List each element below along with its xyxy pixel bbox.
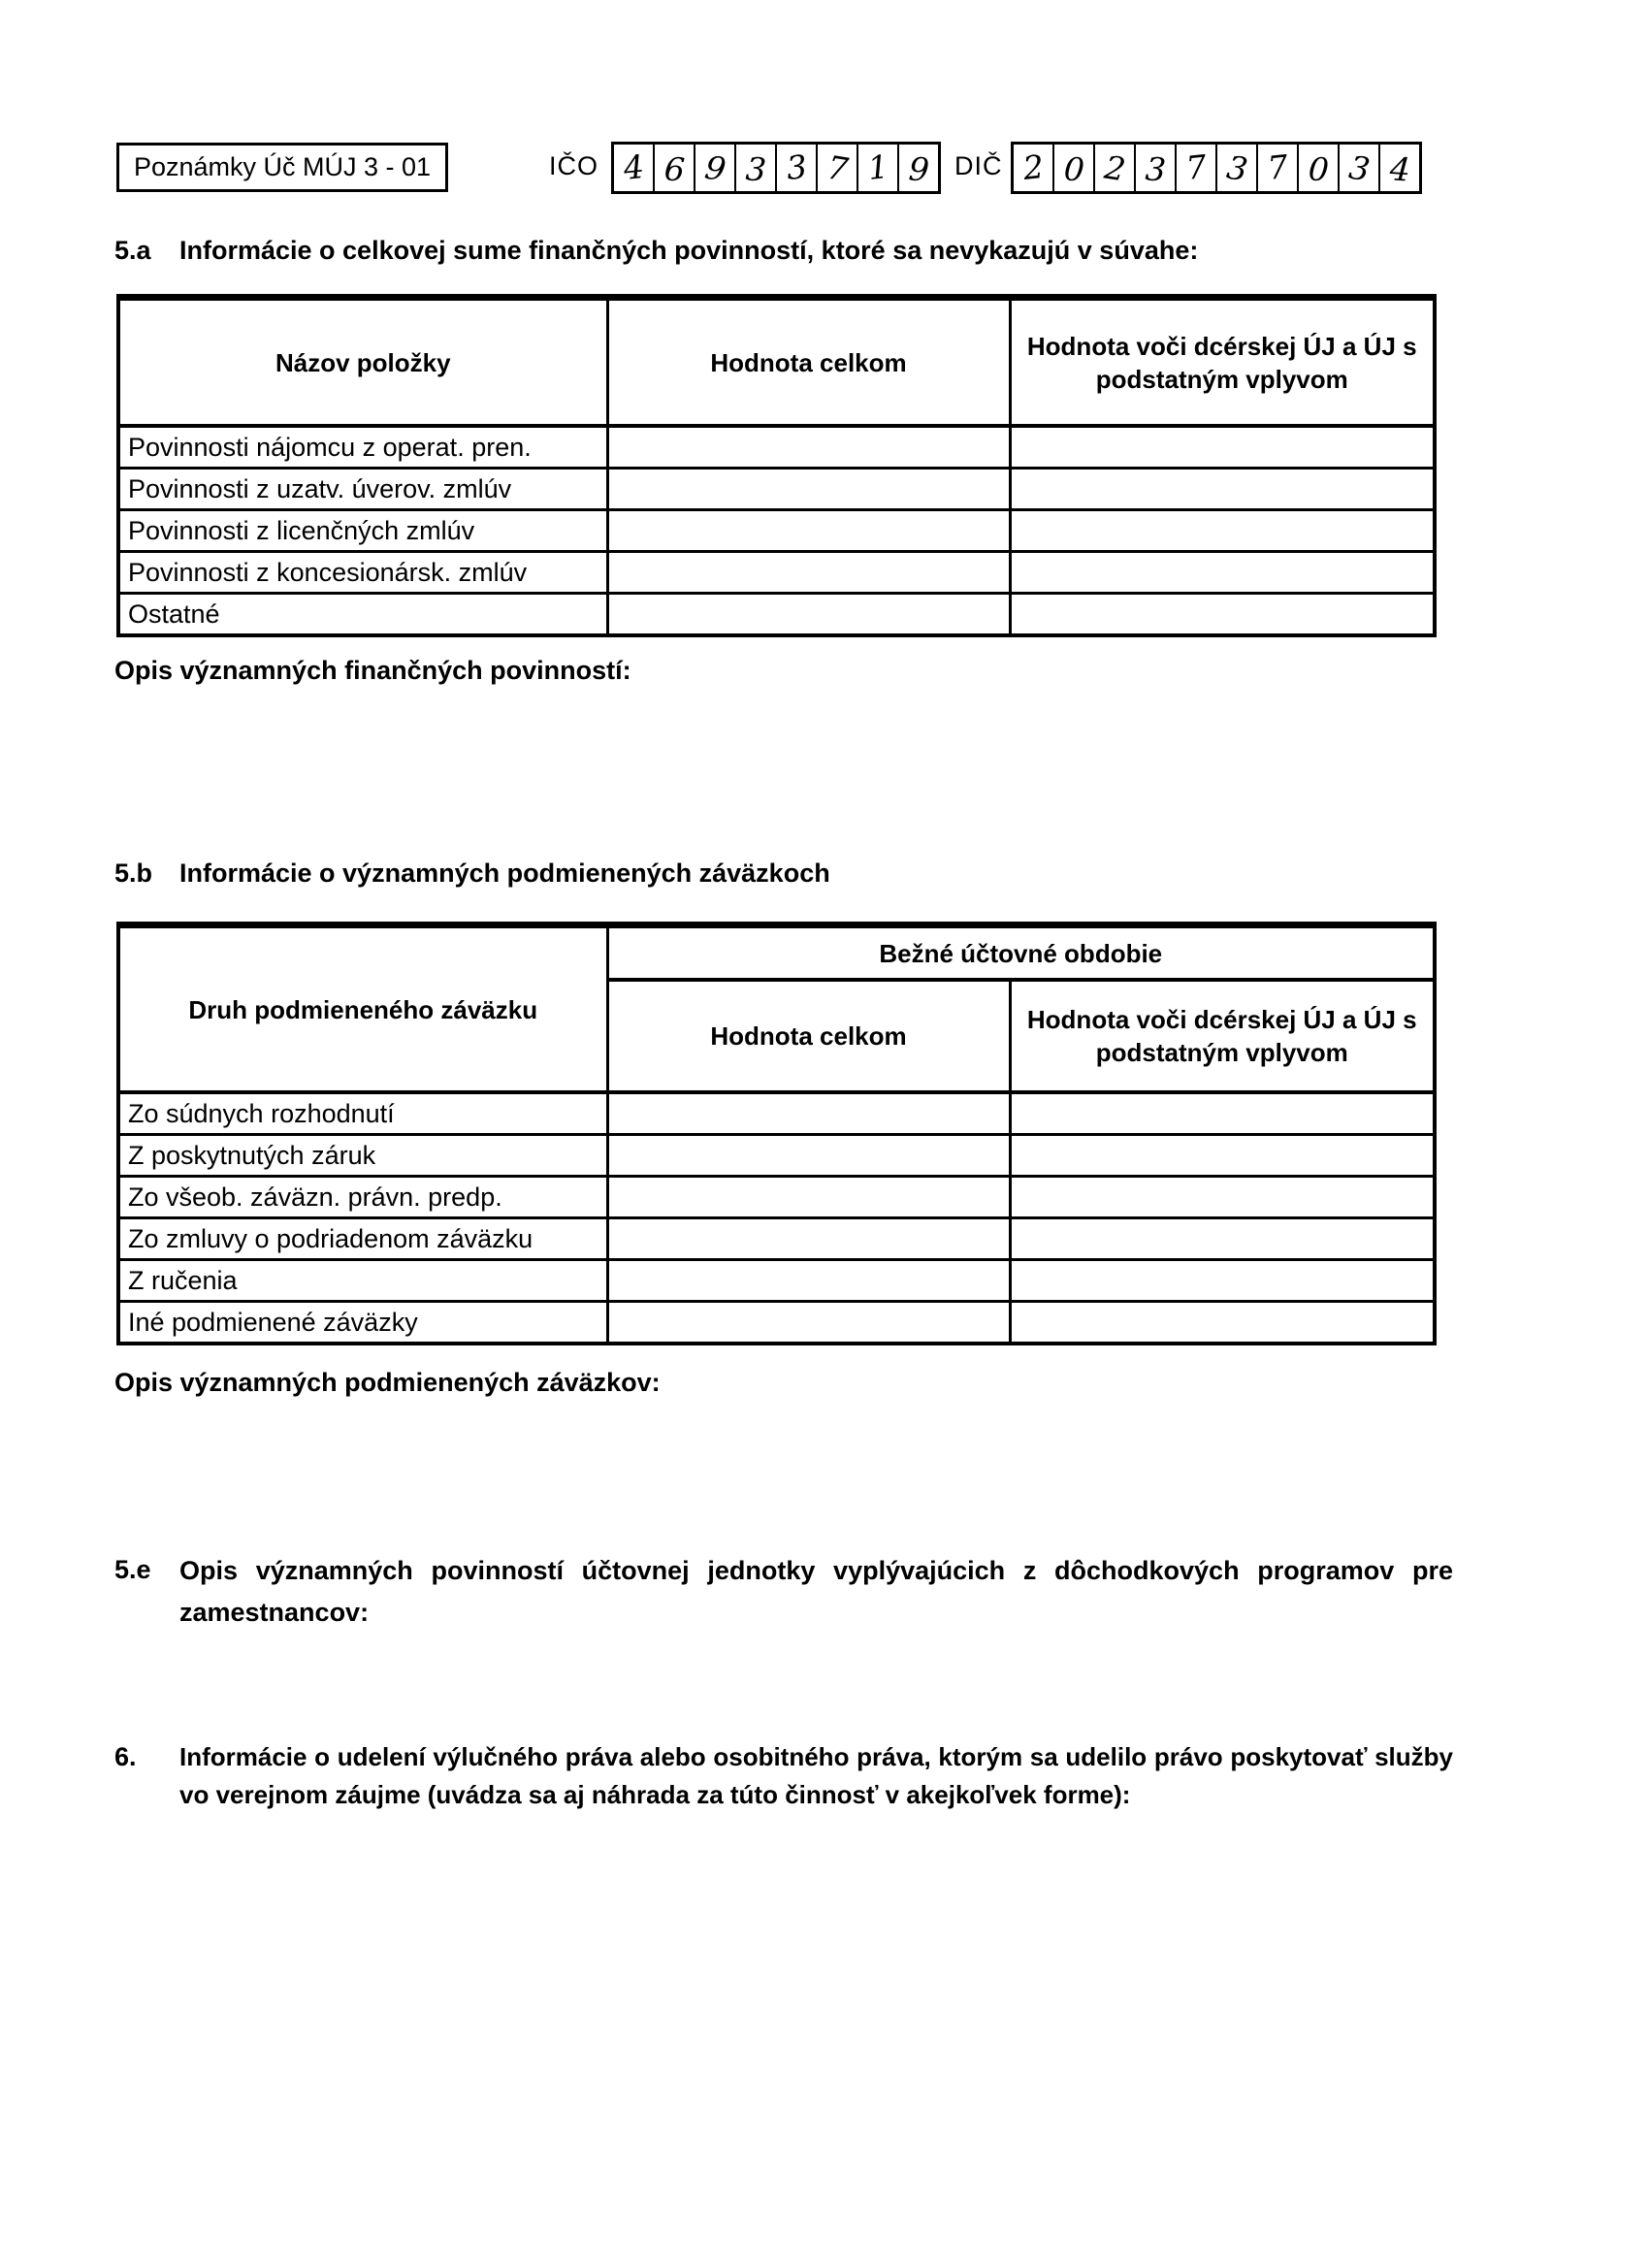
ico-digit-cell: 4 [614, 145, 655, 191]
section-5e-number: 5.e [114, 1550, 179, 1589]
table-row: Ostatné [118, 594, 1435, 636]
total-value-cell [607, 1135, 1010, 1177]
dic-digit-cell: 7 [1177, 145, 1217, 191]
dic-digit-cell: 7 [1258, 145, 1299, 191]
dic-digit-cell: 3 [1217, 145, 1258, 191]
contingent-liabilities-table: Druh podmieneného záväzku Bežné účtovné … [116, 922, 1437, 1345]
table-row: Zo súdnych rozhodnutí [118, 1092, 1435, 1135]
ico-digit: 9 [702, 150, 727, 185]
total-value-cell [607, 1302, 1010, 1345]
dic-digit: 3 [1144, 152, 1166, 185]
subsidiary-value-cell [1010, 1218, 1435, 1260]
subsidiary-value-cell [1010, 1260, 1435, 1302]
total-value-cell [607, 510, 1010, 552]
table-row: Z poskytnutých záruk [118, 1135, 1435, 1177]
table-row: Povinnosti nájomcu z operat. pren. [118, 426, 1435, 469]
financial-obligations-description-label: Opis významných finančných povinností: [114, 656, 631, 686]
total-value-cell [607, 469, 1010, 510]
dic-digit-cell: 3 [1340, 145, 1380, 191]
subsidiary-value-cell [1010, 1092, 1435, 1135]
col-header-total-value: Hodnota celkom [607, 980, 1010, 1092]
ico-digit: 6 [663, 152, 685, 185]
table-row: Zo všeob. záväzn. právn. predp. [118, 1177, 1435, 1218]
table-header-row: Názov položky Hodnota celkom Hodnota voč… [118, 298, 1435, 427]
form-code-box: Poznámky Úč MÚJ 3 - 01 [116, 143, 448, 192]
row-label: Zo všeob. záväzn. právn. predp. [118, 1177, 607, 1218]
financial-obligations-table: Názov položky Hodnota celkom Hodnota voč… [116, 294, 1437, 637]
subsidiary-value-cell [1010, 1177, 1435, 1218]
col-header-liability-type: Druh podmieneného záväzku [118, 925, 607, 1093]
row-label: Z poskytnutých záruk [118, 1135, 607, 1177]
table-row: Povinnosti z koncesionársk. zmlúv [118, 552, 1435, 594]
row-label: Povinnosti nájomcu z operat. pren. [118, 426, 607, 469]
section-6-heading: 6. Informácie o udelení výlučného práva … [114, 1738, 1453, 1814]
ico-digit: 4 [622, 149, 645, 183]
dic-digit: 2 [1021, 149, 1045, 183]
col-header-current-period: Bežné účtovné obdobie [607, 925, 1435, 981]
subsidiary-value-cell [1010, 1135, 1435, 1177]
section-5a-heading: 5.a Informácie o celkovej sume finančnýc… [114, 231, 1453, 270]
row-label: Iné podmienené záväzky [118, 1302, 607, 1345]
subsidiary-value-cell [1010, 594, 1435, 636]
dic-digit: 4 [1388, 152, 1410, 185]
ico-digit-cell: 6 [655, 145, 695, 191]
subsidiary-value-cell [1010, 469, 1435, 510]
dic-label: DIČ [954, 151, 1003, 181]
ico-digit-cell: 9 [899, 145, 938, 191]
ico-digit-cell: 3 [777, 145, 818, 191]
ico-digit: 9 [907, 152, 929, 185]
section-5e-heading: 5.e Opis významných povinností účtovnej … [114, 1550, 1453, 1634]
section-5a-title: Informácie o celkovej sume finančných po… [179, 231, 1453, 270]
form-code-label: Poznámky Úč MÚJ 3 - 01 [134, 152, 431, 182]
row-label: Povinnosti z licenčných zmlúv [118, 510, 607, 552]
ico-digit: 7 [824, 150, 850, 185]
ico-digit-cell: 3 [736, 145, 777, 191]
ico-digit-cell: 9 [695, 145, 736, 191]
dic-digit-cell: 0 [1054, 145, 1095, 191]
table-row: Povinnosti z uzatv. úverov. zmlúv [118, 469, 1435, 510]
dic-digit-cell: 0 [1299, 145, 1340, 191]
table-row: Z ručenia [118, 1260, 1435, 1302]
row-label: Ostatné [118, 594, 607, 636]
subsidiary-value-cell [1010, 552, 1435, 594]
dic-digit-cell: 3 [1136, 145, 1177, 191]
total-value-cell [607, 594, 1010, 636]
ico-digit: 3 [785, 149, 808, 183]
section-6-number: 6. [114, 1738, 179, 1776]
ico-digit-cell: 7 [818, 145, 858, 191]
ico-digit: 3 [744, 152, 766, 185]
col-header-subsidiary-value: Hodnota voči dcérskej ÚJ a ÚJ s podstatn… [1010, 298, 1435, 427]
table-header-row: Druh podmieneného záväzku Bežné účtovné … [118, 925, 1435, 981]
subsidiary-value-cell [1010, 1302, 1435, 1345]
row-label: Zo súdnych rozhodnutí [118, 1092, 607, 1135]
total-value-cell [607, 552, 1010, 594]
subsidiary-value-cell [1010, 426, 1435, 469]
col-header-subsidiary-value: Hodnota voči dcérskej ÚJ a ÚJ s podstatn… [1010, 980, 1435, 1092]
table-row: Zo zmluvy o podriadenom záväzku [118, 1218, 1435, 1260]
col-header-item-name: Názov položky [118, 298, 607, 427]
dic-digit: 3 [1346, 150, 1372, 185]
section-5b-heading: 5.b Informácie o významných podmienených… [114, 854, 1453, 892]
dic-digit: 3 [1224, 150, 1249, 185]
table-row: Povinnosti z licenčných zmlúv [118, 510, 1435, 552]
row-label: Povinnosti z koncesionársk. zmlúv [118, 552, 607, 594]
ico-digit-cell: 1 [858, 145, 899, 191]
total-value-cell [607, 426, 1010, 469]
subsidiary-value-cell [1010, 510, 1435, 552]
dic-digit: 7 [1266, 149, 1289, 183]
section-5a-number: 5.a [114, 231, 179, 270]
ico-digit-boxes: 4 6 9 3 3 7 1 9 [611, 142, 941, 194]
dic-digit-cell: 4 [1380, 145, 1419, 191]
dic-digit: 2 [1102, 150, 1127, 185]
scanned-form-page: Poznámky Úč MÚJ 3 - 01 IČO 4 6 9 3 3 7 1… [0, 0, 1649, 2268]
total-value-cell [607, 1218, 1010, 1260]
dic-digit-boxes: 2 0 2 3 7 3 7 0 3 4 [1011, 142, 1422, 194]
dic-digit: 0 [1062, 152, 1084, 185]
row-label: Z ručenia [118, 1260, 607, 1302]
row-label: Zo zmluvy o podriadenom záväzku [118, 1218, 607, 1260]
dic-digit: 0 [1307, 152, 1329, 185]
section-5b-title: Informácie o významných podmienených záv… [179, 854, 1453, 892]
dic-digit-cell: 2 [1095, 145, 1136, 191]
dic-digit: 7 [1184, 149, 1208, 183]
col-header-total-value: Hodnota celkom [607, 298, 1010, 427]
table-row: Iné podmienené záväzky [118, 1302, 1435, 1345]
section-5e-title: Opis významných povinností účtovnej jedn… [179, 1550, 1453, 1634]
dic-digit-cell: 2 [1014, 145, 1054, 191]
ico-label: IČO [549, 151, 598, 181]
row-label: Povinnosti z uzatv. úverov. zmlúv [118, 469, 607, 510]
total-value-cell [607, 1177, 1010, 1218]
ico-digit: 1 [866, 149, 889, 183]
contingent-liabilities-description-label: Opis významných podmienených záväzkov: [114, 1368, 661, 1398]
total-value-cell [607, 1260, 1010, 1302]
total-value-cell [607, 1092, 1010, 1135]
section-5b-number: 5.b [114, 854, 179, 892]
section-6-title: Informácie o udelení výlučného práva ale… [179, 1738, 1453, 1814]
